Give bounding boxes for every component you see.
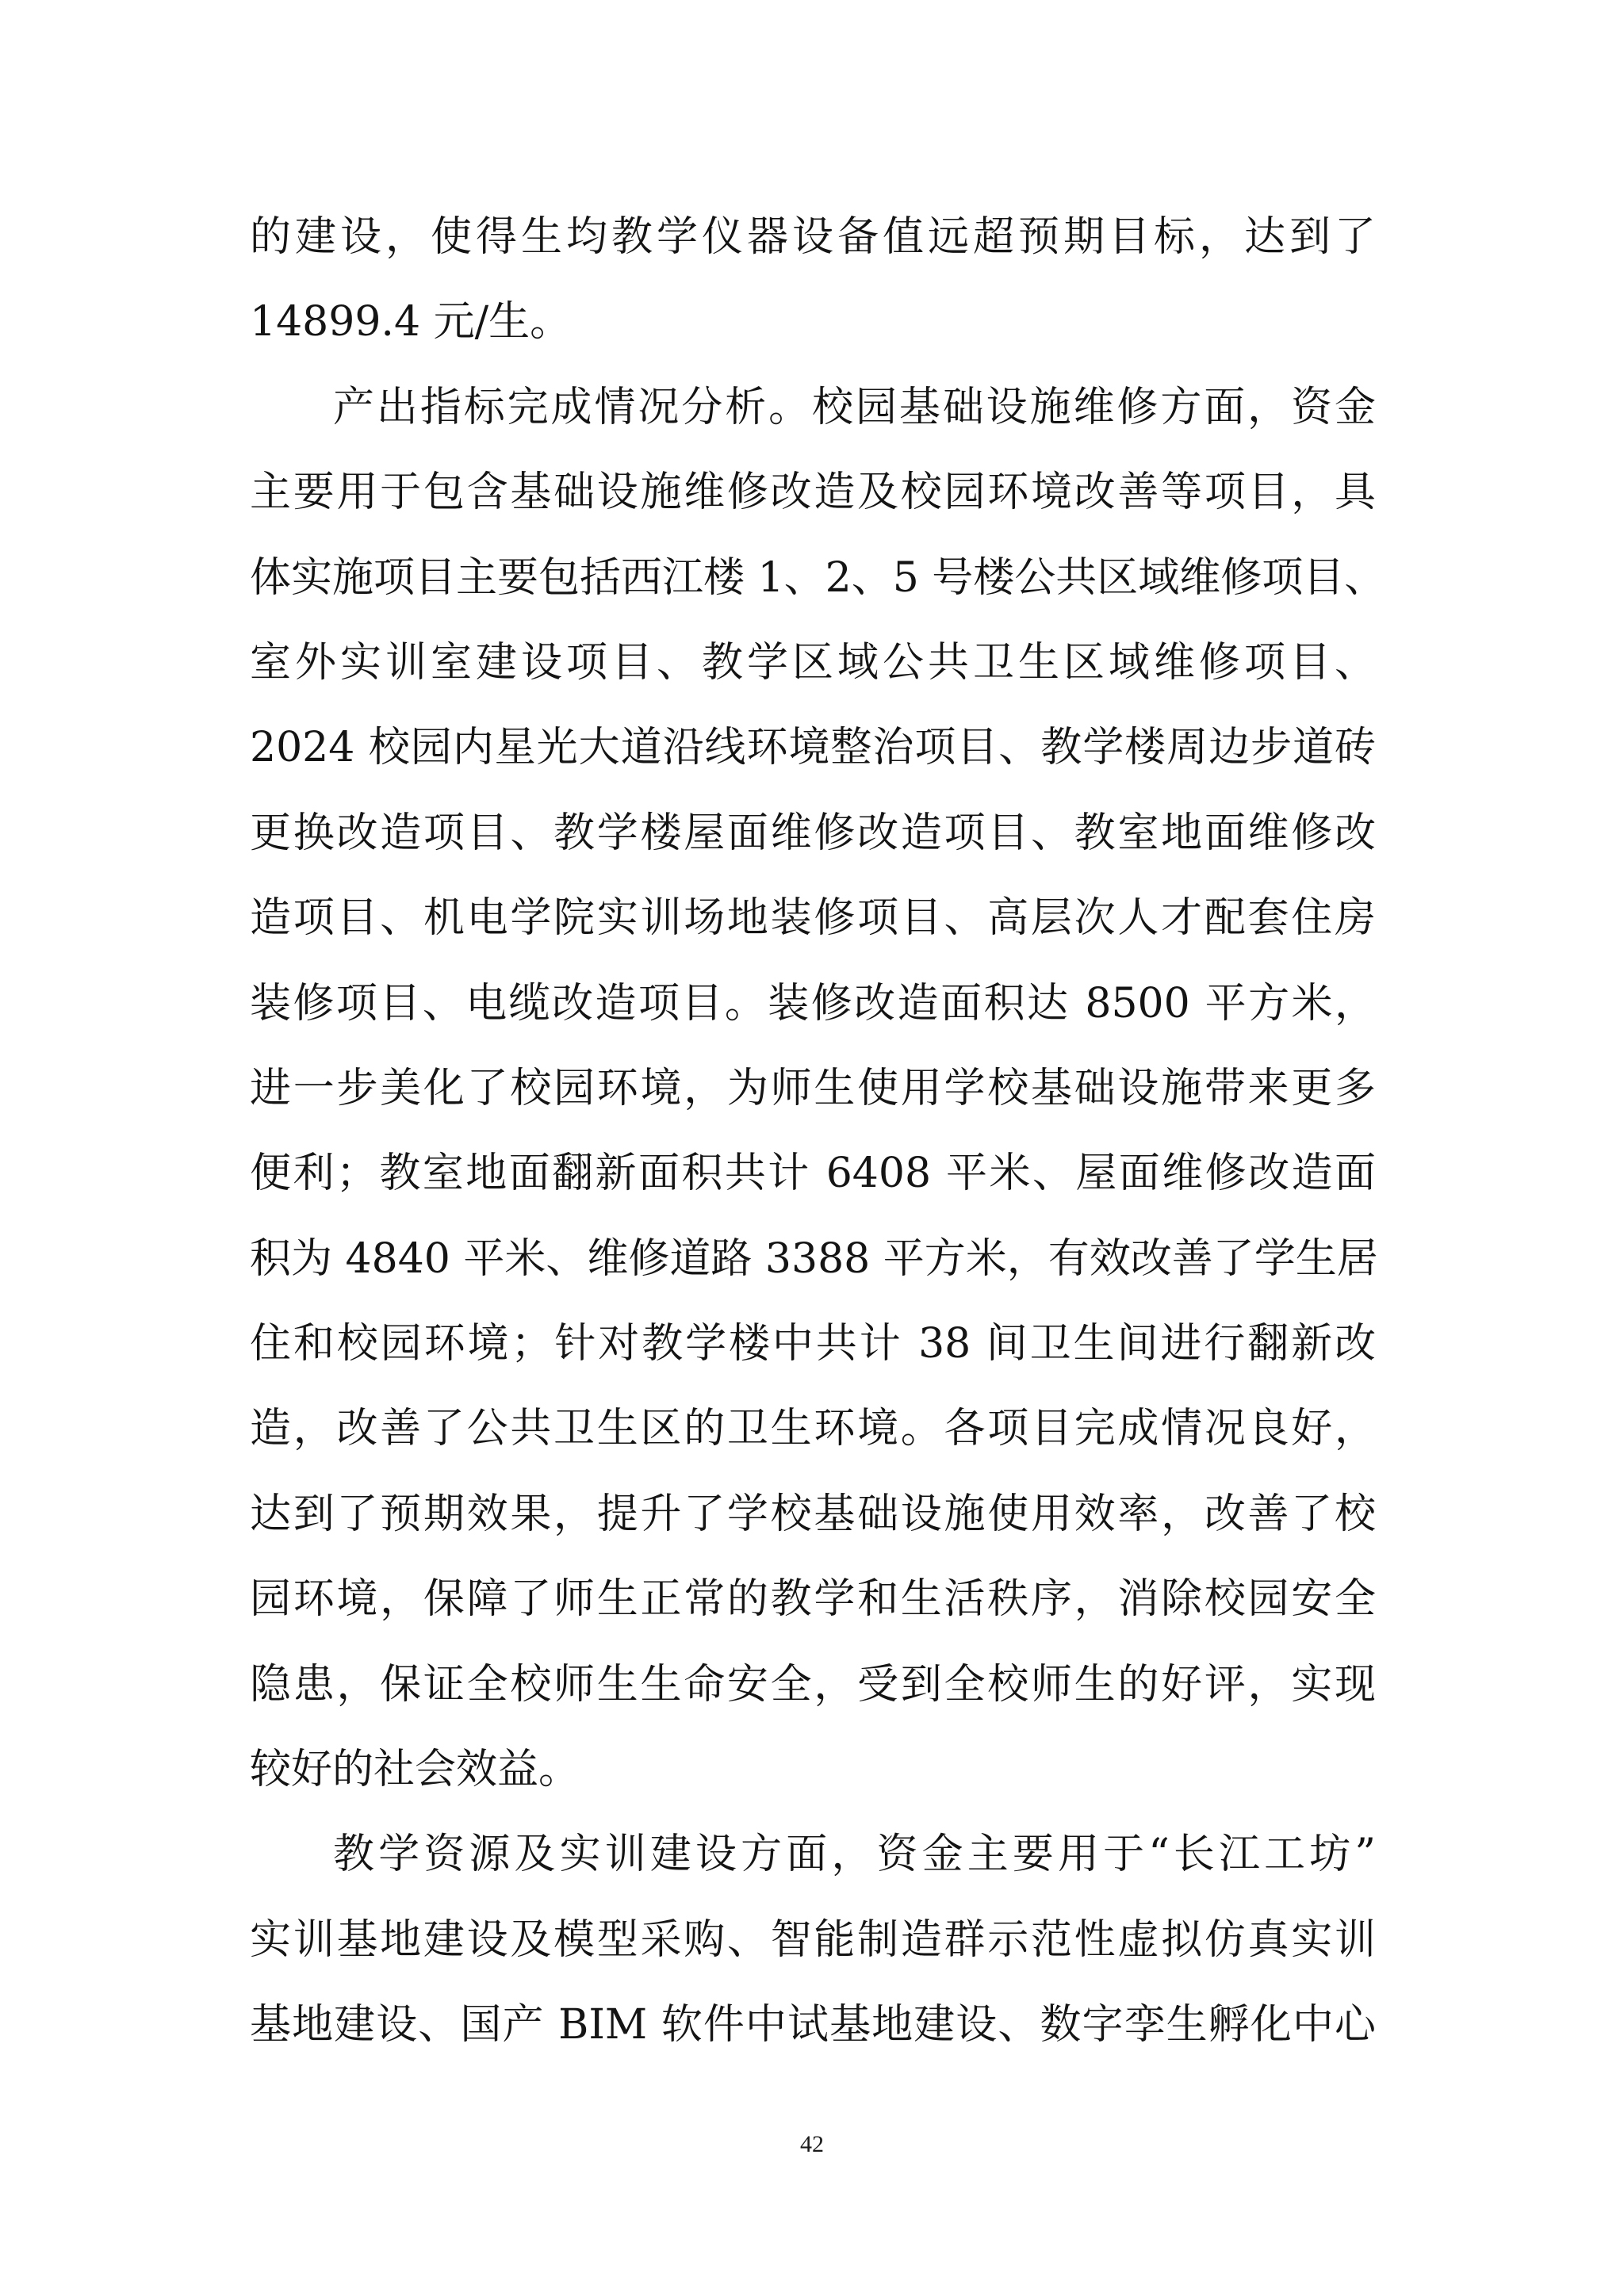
text-line: 体实施项目主要包括西江楼 1、2、5 号楼公共区域维修项目、 [250,536,1376,621]
text-line: 基地建设、国产 BIM 软件中试基地建设、数字孪生孵化中心 [250,1983,1376,2068]
paragraph-teaching-resources: 教学资源及实训建设方面，资金主要用于“长江工坊” 实训基地建设及模型采购、智能制… [250,1812,1376,2068]
text-line: 住和校园环境；针对教学楼中共计 38 间卫生间进行翻新改 [250,1302,1376,1387]
body-text: 的建设，使得生均教学仪器设备值远超预期目标，达到了 14899.4 元/生。 产… [250,195,1376,2068]
paragraph-continuation: 的建设，使得生均教学仪器设备值远超预期目标，达到了 14899.4 元/生。 [250,195,1376,365]
text-line: 室外实训室建设项目、教学区域公共卫生区域维修项目、 [250,621,1376,706]
text-line: 园环境，保障了师生正常的教学和生活秩序，消除校园安全 [250,1557,1376,1642]
text-line: 教学资源及实训建设方面，资金主要用于“长江工坊” [250,1812,1376,1897]
text-line: 积为 4840 平米、维修道路 3388 平方米，有效改善了学生居 [250,1217,1376,1302]
text-line: 产出指标完成情况分析。校园基础设施维修方面，资金 [250,365,1376,450]
text-line: 2024 校园内星光大道沿线环境整治项目、教学楼周边步道砖 [250,706,1376,790]
text-line: 造项目、机电学院实训场地装修项目、高层次人才配套住房 [250,876,1376,961]
text-line: 14899.4 元/生。 [250,280,1376,365]
text-line: 更换改造项目、教学楼屋面维修改造项目、教室地面维修改 [250,791,1376,876]
text-line: 实训基地建设及模型采购、智能制造群示范性虚拟仿真实训 [250,1898,1376,1983]
page-number: 42 [0,2131,1624,2158]
document-page: 的建设，使得生均教学仪器设备值远超预期目标，达到了 14899.4 元/生。 产… [0,0,1624,2296]
text-line: 较好的社会效益。 [250,1728,1376,1812]
text-line: 达到了预期效果，提升了学校基础设施使用效率，改善了校 [250,1472,1376,1557]
text-line: 的建设，使得生均教学仪器设备值远超预期目标，达到了 [250,195,1376,280]
text-line: 便利；教室地面翻新面积共计 6408 平米、屋面维修改造面 [250,1131,1376,1216]
text-line: 装修项目、电缆改造项目。装修改造面积达 8500 平方米， [250,962,1376,1047]
paragraph-output-indicators: 产出指标完成情况分析。校园基础设施维修方面，资金 主要用于包含基础设施维修改造及… [250,365,1376,1813]
text-line: 主要用于包含基础设施维修改造及校园环境改善等项目，具 [250,450,1376,535]
text-line: 造，改善了公共卫生区的卫生环境。各项目完成情况良好， [250,1387,1376,1471]
text-line: 进一步美化了校园环境，为师生使用学校基础设施带来更多 [250,1047,1376,1131]
text-line: 隐患，保证全校师生生命安全，受到全校师生的好评，实现 [250,1643,1376,1728]
